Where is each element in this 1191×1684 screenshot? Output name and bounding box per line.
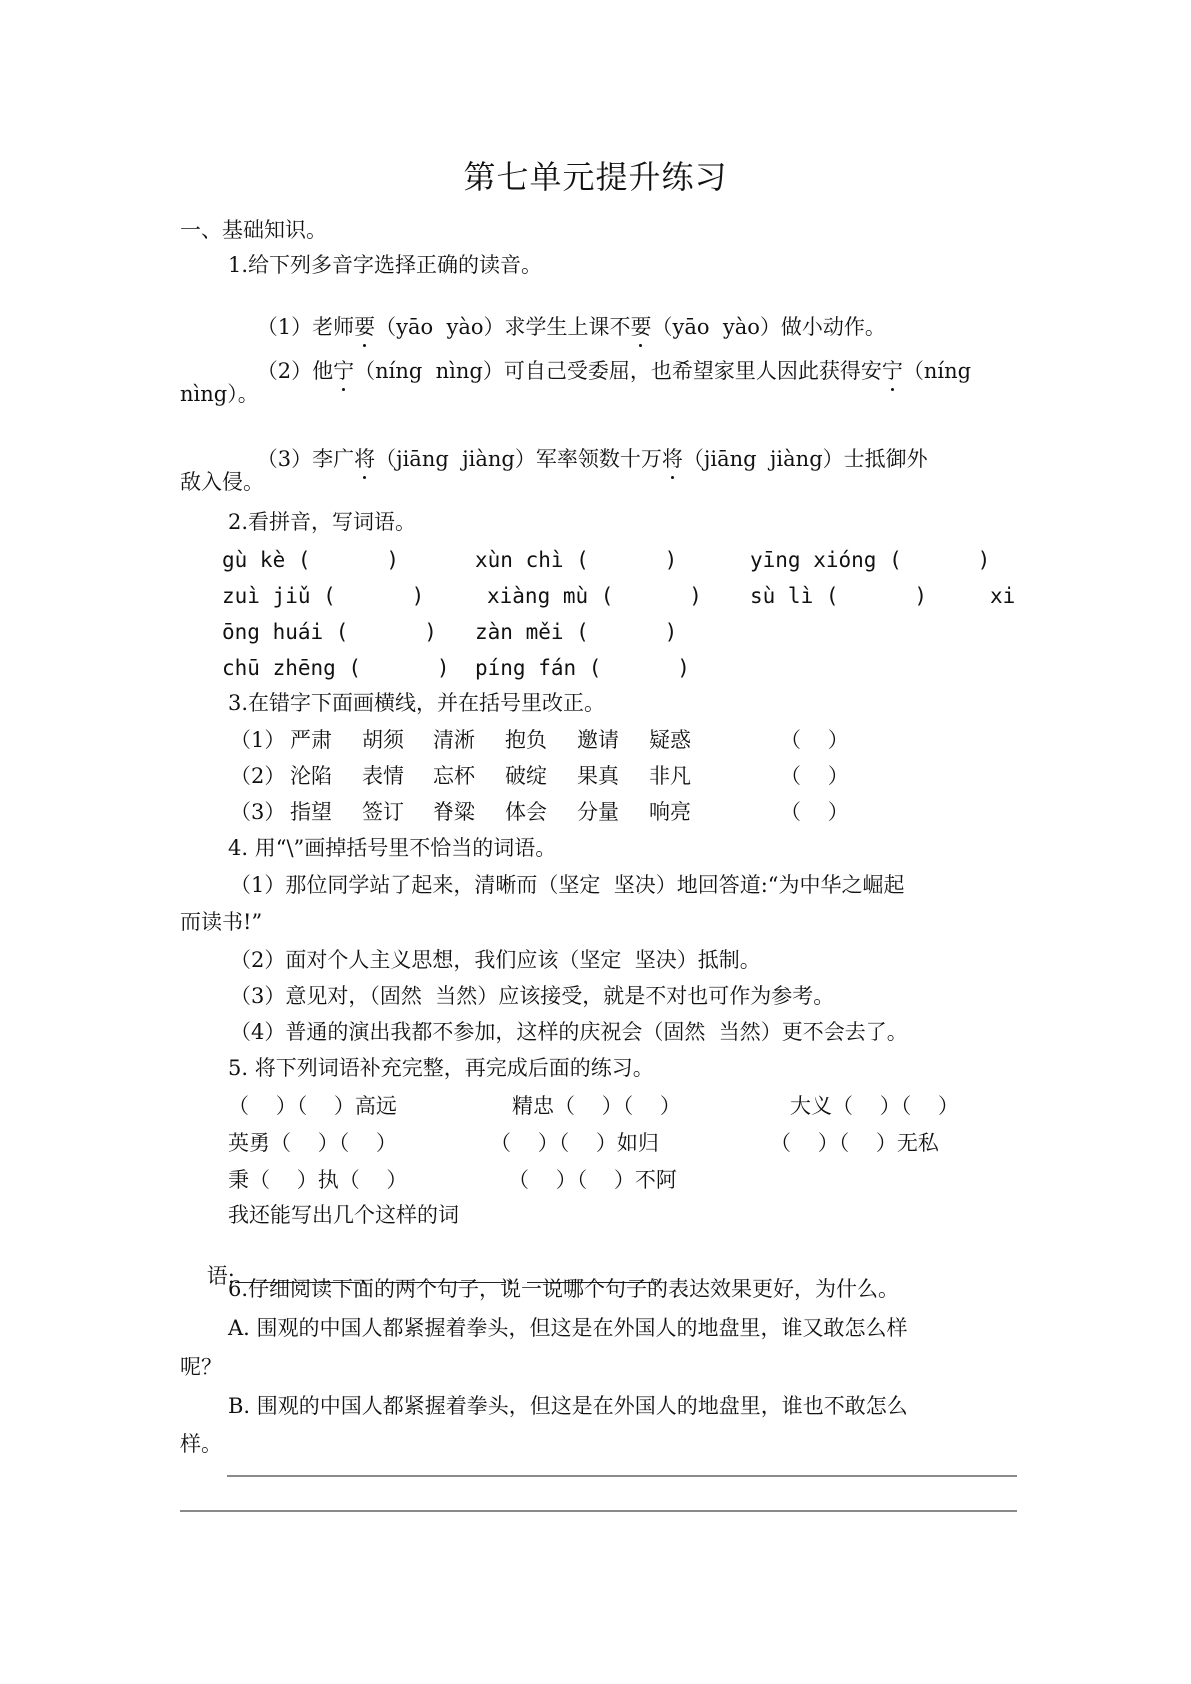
q1-heading: 1.给下列多音字选择正确的读音。 [228,255,542,276]
q3-word: 忘杯 [433,766,475,787]
q4-heading: 4. 用“\”画掉括号里不恰当的词语。 [228,838,556,859]
q3-word: 指望 [290,802,332,823]
section-heading: 一、基础知识。 [180,220,327,241]
q1-text: （níng nìng）可自己受委屈，也希望家里人因此获得安 [354,359,882,383]
idiom-item[interactable]: （ ）（ ）无私 [770,1133,939,1154]
answer-line[interactable] [227,1475,1017,1477]
q1-text: （3）李广 [257,447,354,471]
pinyin-item: xi [990,586,1015,607]
answer-blank[interactable]: （ ） [780,802,849,823]
q3-word: 表情 [362,766,404,787]
emphasized-char: 宁 [333,361,354,382]
emphasized-char: 将 [354,449,375,470]
q5-more-prompt: 我还能写出几个这样的词 [228,1205,459,1226]
pinyin-item: sù lì ( ) [750,586,927,607]
idiom-item[interactable]: 大义（ ）（ ） [790,1096,959,1117]
q3-word: 体会 [505,802,547,823]
q6-sentence-b-cont: 样。 [180,1434,222,1455]
q1-text: （yāo yào）做小动作。 [651,315,885,339]
q3-word: 非凡 [649,766,691,787]
q4-item: （2）面对个人主义思想，我们应该（坚定 坚决）抵制。 [230,950,761,971]
q6-sentence-a: A. 围观的中国人都紧握着拳头，但这是在外国人的地盘里，谁又敢怎么样 [228,1318,908,1339]
q3-word: 分量 [577,802,619,823]
pinyin-item: gù kè ( ) [222,550,399,571]
q1-text: （níng [903,359,971,383]
q3-heading: 3.在错字下面画横线，并在括号里改正。 [228,693,605,714]
q3-word: 清淅 [433,730,475,751]
q3-word: 沦陷 [290,766,332,787]
q3-word: 破绽 [505,766,547,787]
pinyin-item: chū zhēng ( ) [222,658,450,679]
q1-item3: （3）李广将（jiāng jiàng）军率领数十万将（jiāng jiàng）士… [230,428,928,491]
q4-item: （3）意见对，（固然 当然）应该接受，就是不对也可作为参考。 [230,986,834,1007]
q1-text: （yāo yào）求学生上课不 [375,315,630,339]
q4-item: （4）普通的演出我都不参加，这样的庆祝会（固然 当然）更不会去了。 [230,1022,908,1043]
pinyin-item: píng fán ( ) [475,658,690,679]
worksheet-page: 第七单元提升练习 一、基础知识。 1.给下列多音字选择正确的读音。 （1）老师要… [0,0,1191,1684]
emphasized-char: 宁 [882,361,903,382]
idiom-item[interactable]: （ ）（ ）不阿 [508,1170,677,1191]
idiom-item[interactable]: （ ）（ ）如归 [490,1133,659,1154]
q3-word: 抱负 [505,730,547,751]
q3-label: （3） [230,802,285,823]
q3-label: （1） [230,730,285,751]
q6-sentence-a-cont: 呢？ [180,1357,222,1378]
q6-heading: 6.仔细阅读下面的两个句子，说一说哪个句子的表达效果更好，为什么。 [228,1279,899,1300]
q1-item2: （2）他宁（níng nìng）可自己受委屈，也希望家里人因此获得安宁（níng [230,340,971,403]
q1-text: （1）老师 [257,315,354,339]
answer-line[interactable] [180,1510,1017,1512]
pinyin-item: xiàng mù ( ) [487,586,702,607]
idiom-item[interactable]: 英勇（ ）（ ） [228,1133,397,1154]
answer-blank[interactable]: （ ） [780,766,849,787]
q3-word: 果真 [577,766,619,787]
pinyin-item: ōng huái ( ) [222,622,437,643]
page-title: 第七单元提升练习 [0,152,1191,198]
pinyin-item: xùn chì ( ) [475,550,677,571]
q1-text: （2）他 [257,359,333,383]
q6-sentence-b: B. 围观的中国人都紧握着拳头，但这是在外国人的地盘里，谁也不敢怎么 [228,1396,908,1417]
q3-word: 邀请 [577,730,619,751]
emphasized-char: 要 [630,317,651,338]
q3-word: 疑惑 [649,730,691,751]
q3-word: 严肃 [290,730,332,751]
q4-item-cont: 而读书!” [180,912,262,933]
answer-blank[interactable]: （ ） [780,730,849,751]
pinyin-item: zuì jiǔ ( ) [222,586,424,607]
q1-text: （jiāng jiàng）士抵御外 [683,447,928,471]
q3-label: （2） [230,766,285,787]
q1-item2-cont: nìng）。 [180,384,259,405]
emphasized-char: 要 [354,317,375,338]
q4-item: （1）那位同学站了起来，清晰而（坚定 坚决）地回答道:“为中华之崛起 [230,875,905,896]
q3-word: 响亮 [649,802,691,823]
q1-text: （jiāng jiàng）军率领数十万 [375,447,662,471]
q1-item3-cont: 敌入侵。 [180,472,264,493]
pinyin-item: yīng xióng ( ) [750,550,990,571]
emphasized-char: 将 [662,449,683,470]
q3-word: 脊粱 [433,802,475,823]
q3-word: 胡须 [362,730,404,751]
idiom-item[interactable]: （ ）（ ）高远 [228,1096,397,1117]
pinyin-item: zàn měi ( ) [475,622,677,643]
q3-word: 签订 [362,802,404,823]
q2-heading: 2.看拼音，写词语。 [228,512,416,533]
q5-heading: 5. 将下列词语补充完整，再完成后面的练习。 [228,1058,654,1079]
idiom-item[interactable]: 精忠（ ）（ ） [512,1096,681,1117]
idiom-item[interactable]: 秉（ ）执（ ） [228,1170,407,1191]
